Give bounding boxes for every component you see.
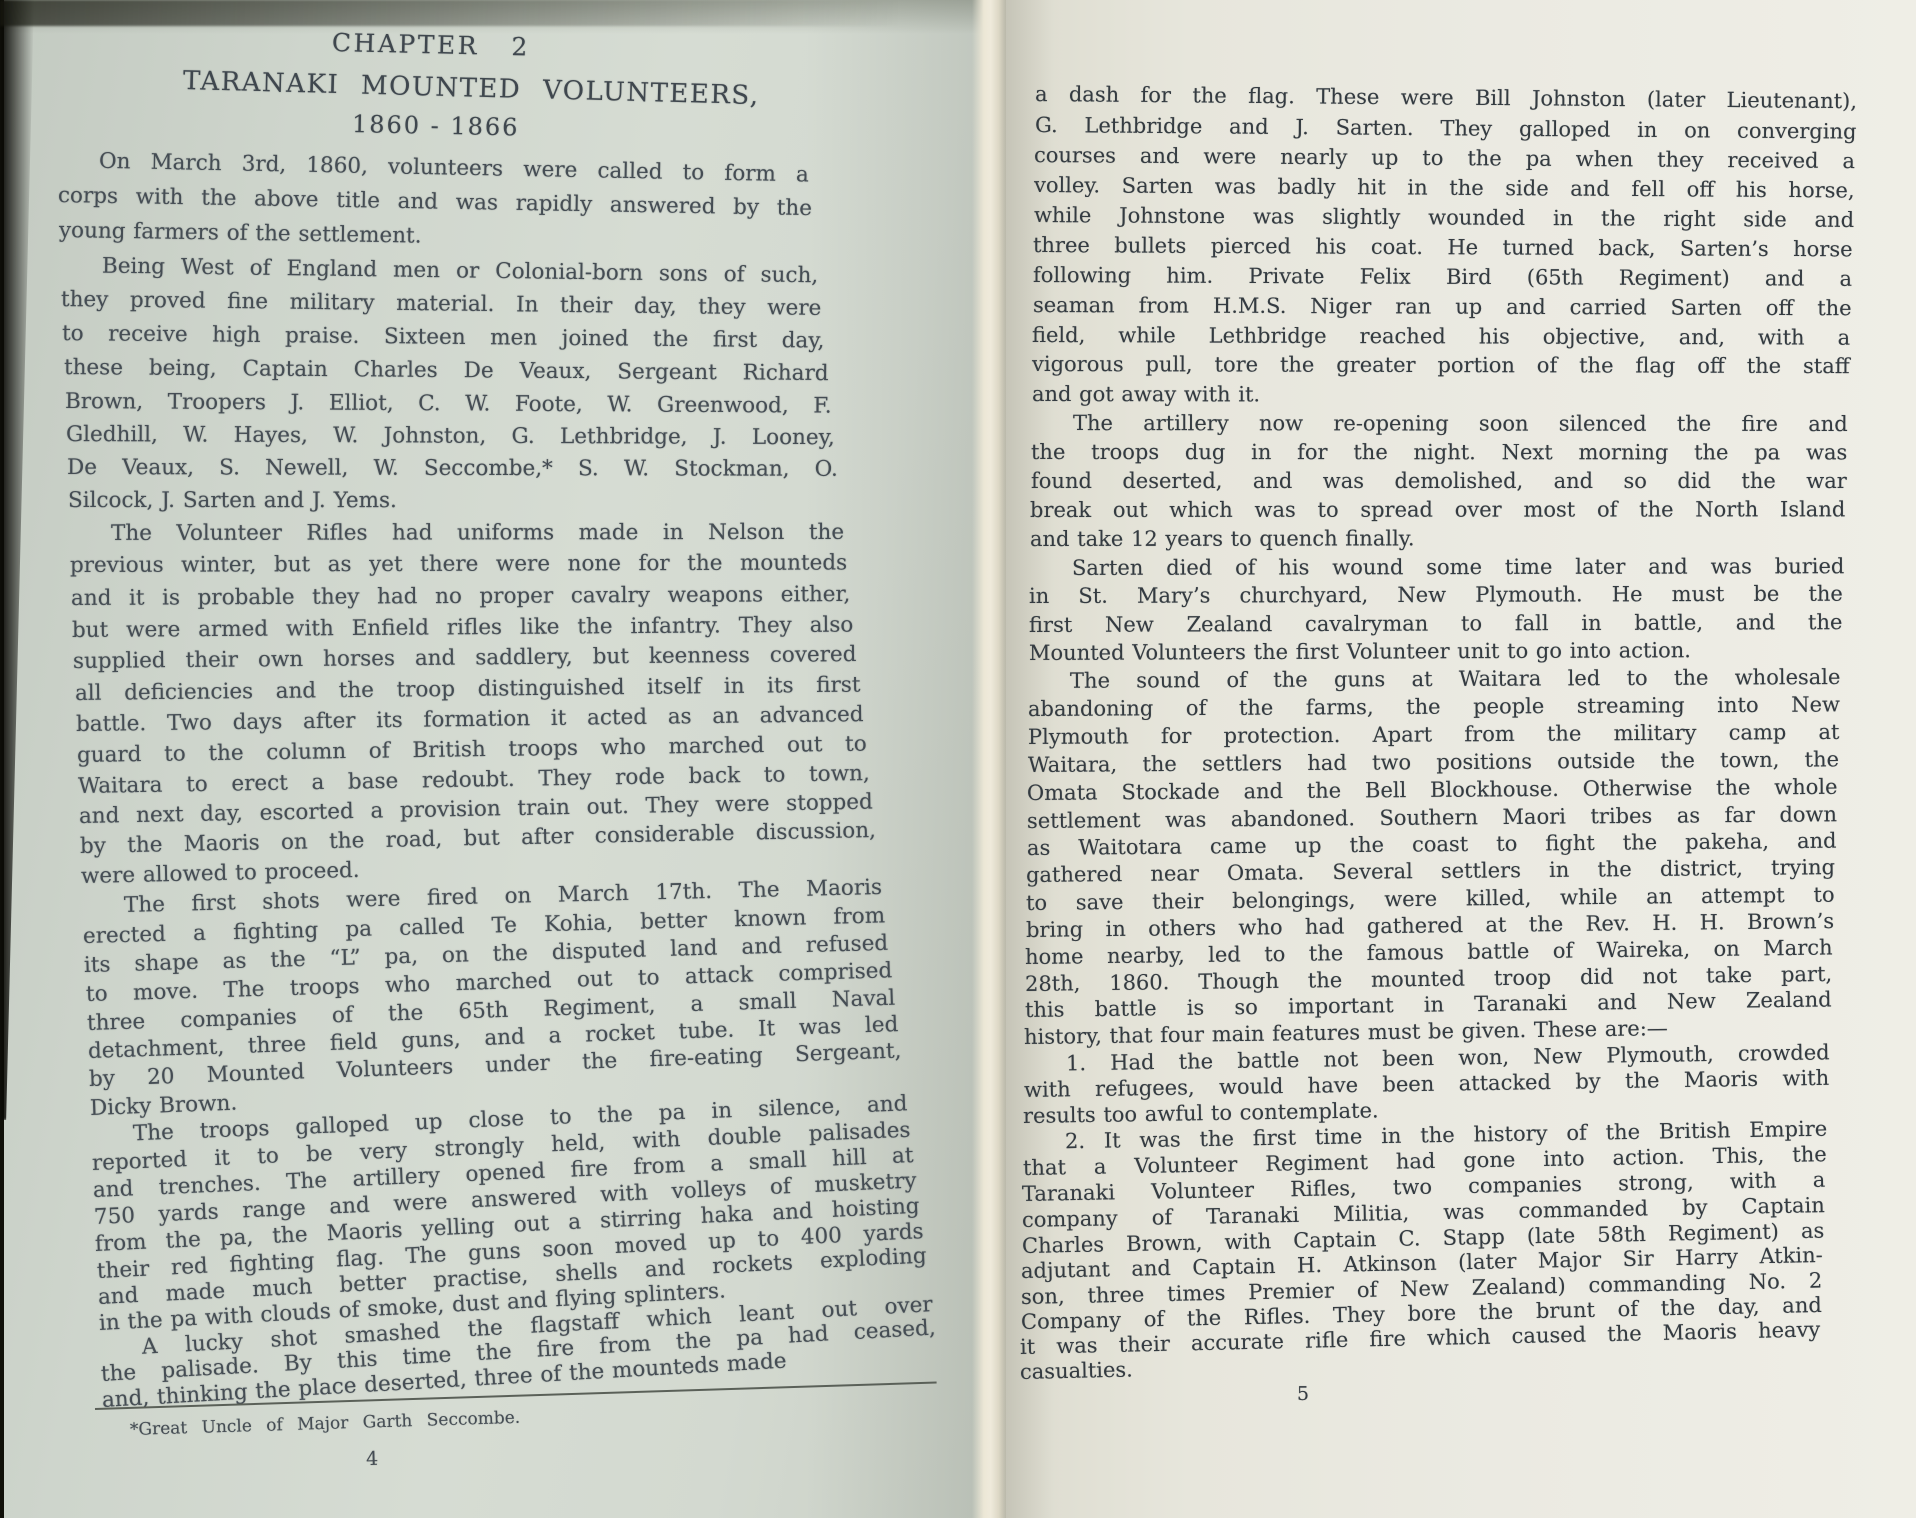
text-line: these being, Captain Charles De Veaux, S… (63, 357, 828, 385)
text-line: courses and were nearly up to the pa whe… (1034, 145, 1855, 172)
text-line: volley. Sarten was badly hit in the side… (1034, 175, 1855, 201)
text-line: Gledhill, W. Hayes, W. Johnston, G. Leth… (66, 424, 835, 449)
text-line: Plymouth for protection. Apart from the … (1028, 722, 1840, 748)
text-line: the troops dug in for the night. Next mo… (1031, 442, 1847, 463)
text-line: Silcock, J. Sarten and J. Yems. (68, 490, 841, 512)
text-line: and take 12 years to quench finally. (1030, 528, 1845, 550)
text-line: and it is probable they had no proper ca… (71, 584, 850, 610)
text-line: abandoning of the farms, the people stre… (1028, 695, 1840, 721)
text-line: seaman from H.M.S. Niger ran up and carr… (1033, 295, 1852, 319)
text-line: The artillery now re-opening soon silenc… (1031, 413, 1848, 435)
text-line: but were armed with Enfield rifles like … (72, 614, 853, 641)
text-line: The sound of the guns at Waitara led to … (1028, 667, 1841, 692)
text-line: while Johnstone was slightly wounded in … (1034, 205, 1854, 231)
text-line: following him. Private Felix Bird (65th … (1033, 265, 1852, 290)
text-line: previous winter, but as yet there were n… (70, 553, 847, 577)
text-line: break out which was to spread over most … (1030, 500, 1845, 522)
text-line: Mounted Volunteers the first Volunteer u… (1029, 640, 1842, 664)
text-line: Sarten died of his wound some time later… (1030, 556, 1844, 579)
text-line: G. Lethbridge and J. Sarten. They gallop… (1035, 115, 1857, 143)
text-line: Brown, Troopers J. Elliot, C. W. Foote, … (65, 391, 832, 417)
chapter-date-range: 1860 - 1866 (352, 110, 520, 142)
text-line: field, while Lethbridge reached his obje… (1032, 325, 1850, 349)
text-line: first New Zealand cavalryman to fall in … (1029, 612, 1842, 636)
text-line: three bullets pierced his coat. He turne… (1033, 235, 1853, 260)
text-line: in St. Mary’s churchyard, New Plymouth. … (1029, 584, 1843, 607)
chapter-heading: CHAPTER 2 (332, 28, 531, 61)
book-top-dark-edge (0, 0, 900, 26)
page-number-right: 5 (1297, 1383, 1309, 1405)
text-line: and got away with it. (1032, 384, 1849, 407)
book-photo: CHAPTER 2 TARANAKI MOUNTED VOLUNTEERS, 1… (0, 0, 1916, 1518)
text-line: De Veaux, S. Newell, W. Seccombe,* S. W.… (67, 457, 838, 480)
page-number-left: 4 (366, 1448, 379, 1470)
text-line: vigorous pull, tore the greater portion … (1032, 354, 1850, 377)
text-line: The Volunteer Rifles had uniforms made i… (69, 522, 844, 545)
left-page-fore-edge (972, 0, 1006, 1518)
text-line: found deserted, and was demolished, and … (1031, 471, 1847, 492)
